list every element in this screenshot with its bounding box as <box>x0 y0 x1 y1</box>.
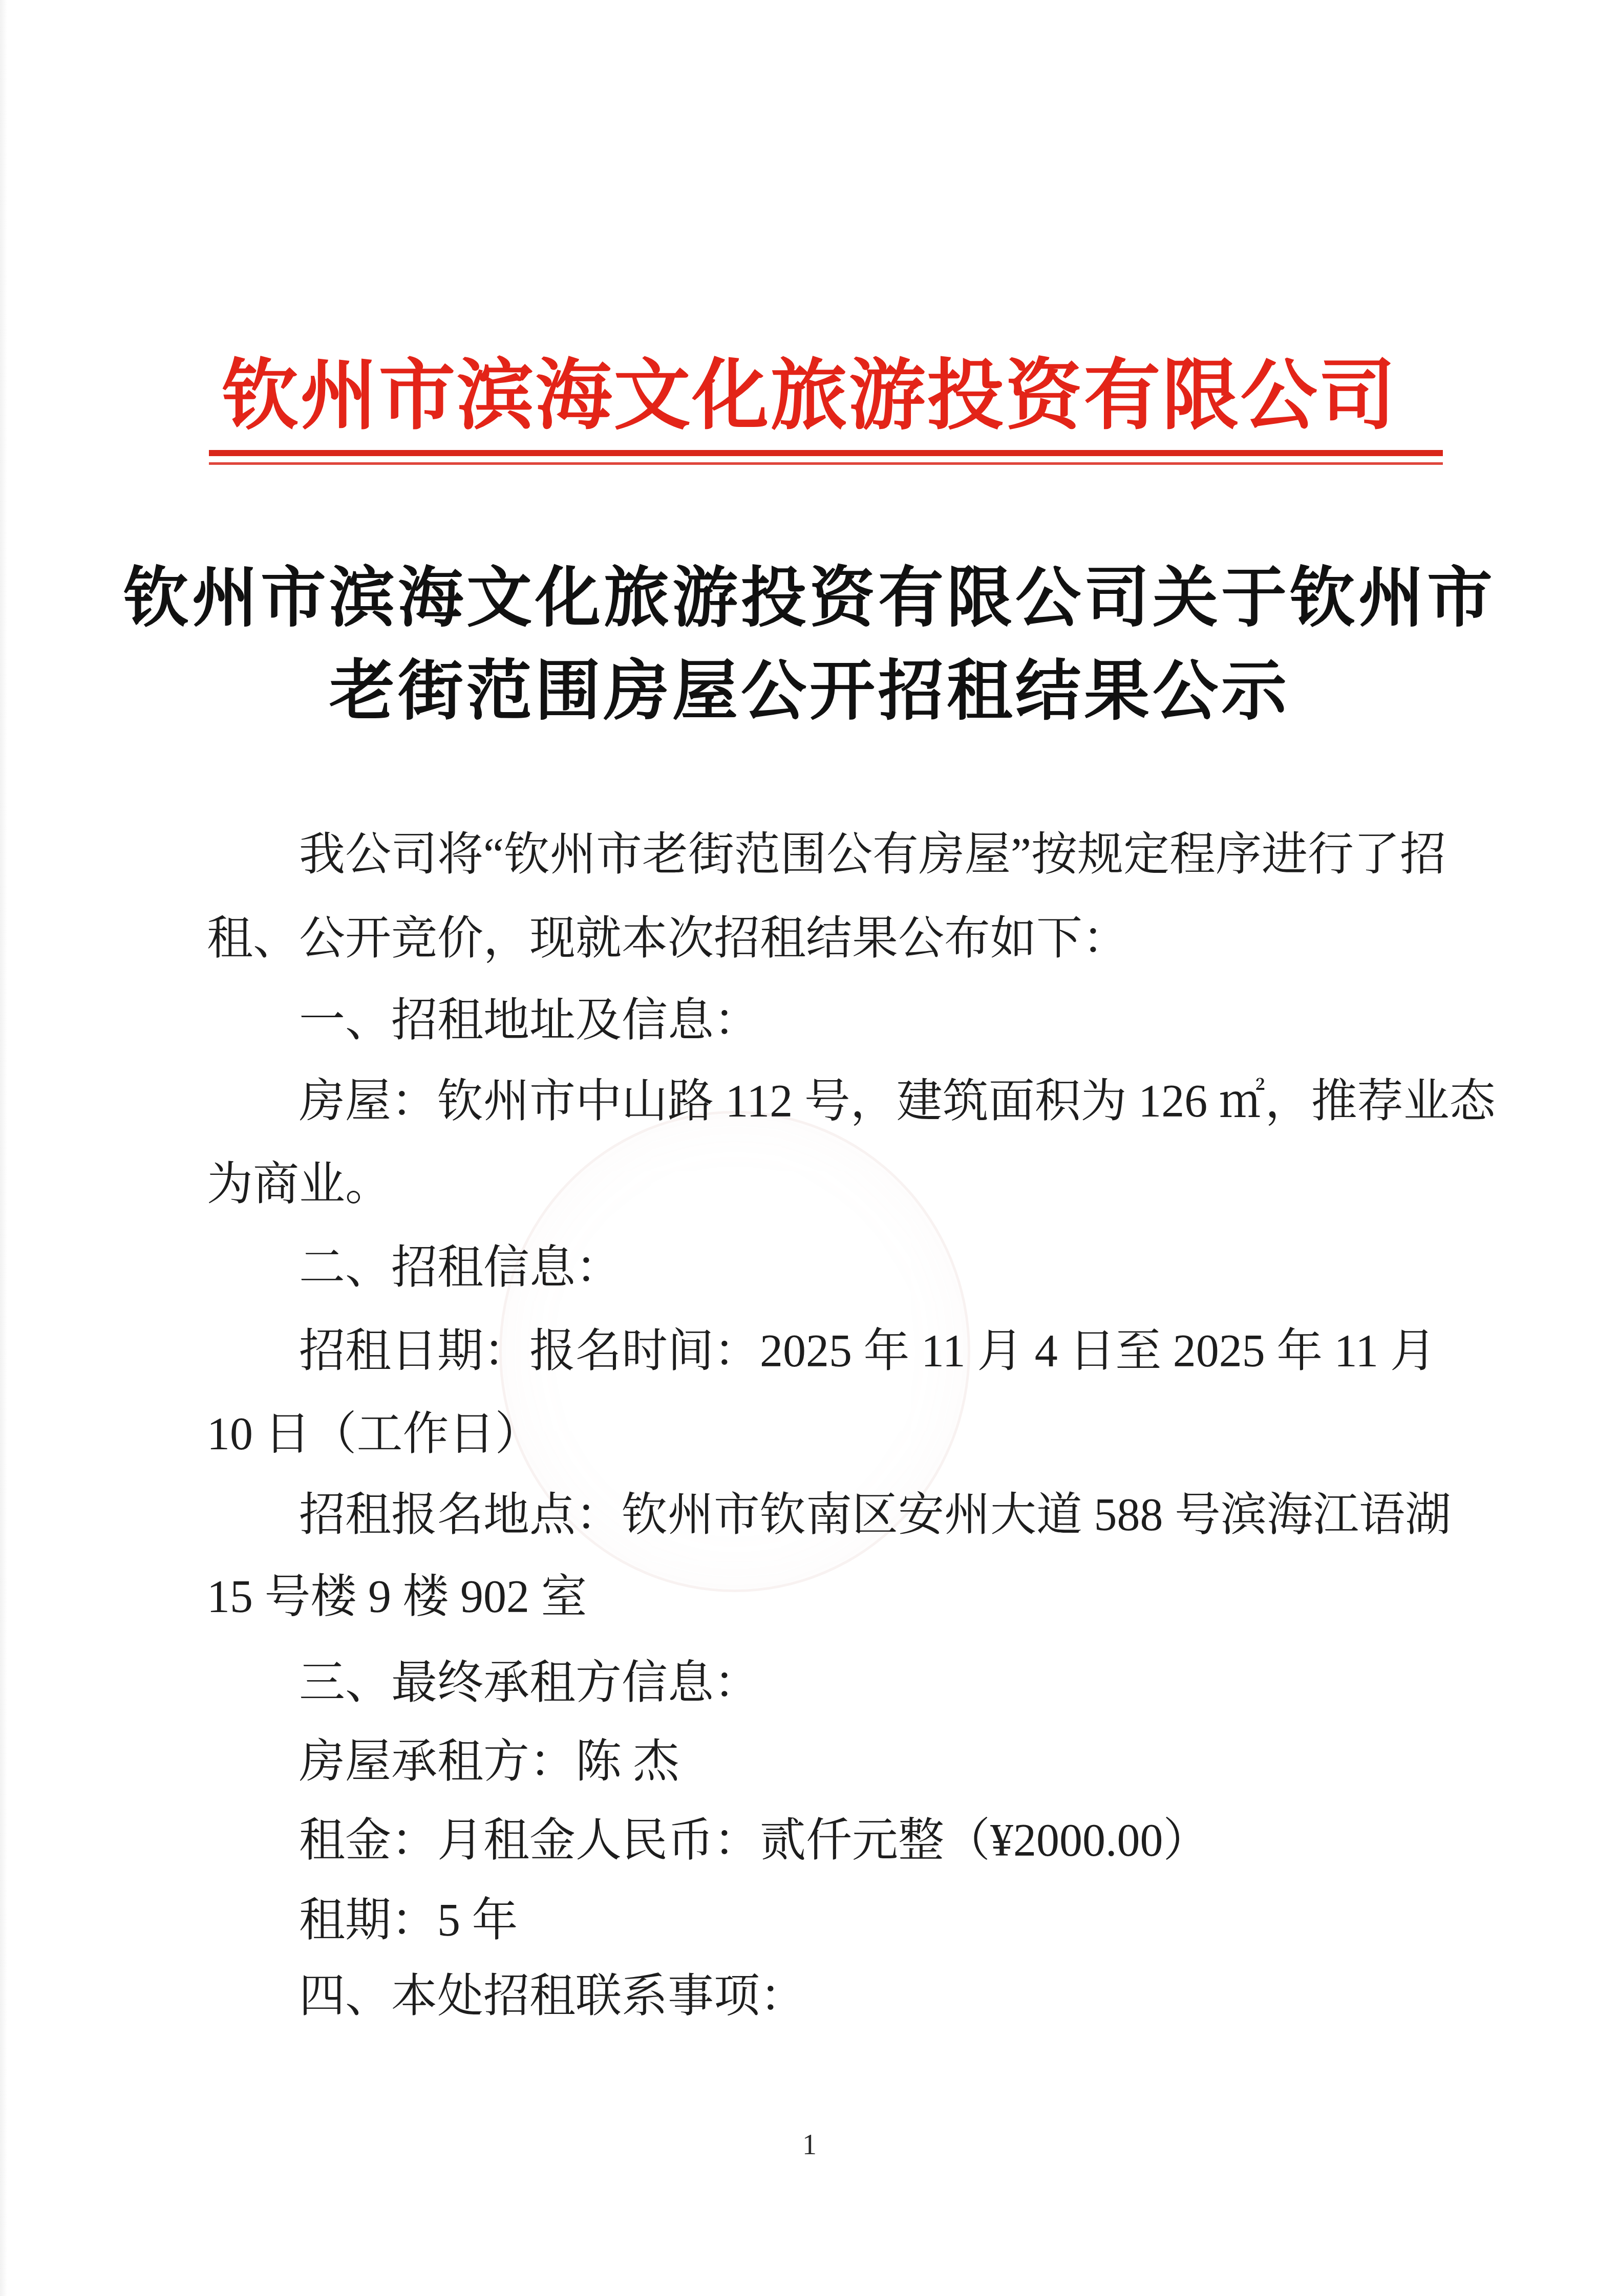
document-title-line2: 老街范围房屋公开招租结果公示 <box>0 645 1619 738</box>
letterhead-company-name: 钦州市滨海文化旅游投资有限公司 <box>0 352 1619 438</box>
body-line: 租期：5 年 <box>207 1894 1538 1947</box>
document-page: 钦州市滨海文化旅游投资有限公司 钦州市滨海文化旅游投资有限公司关于钦州市 老街范… <box>0 0 1619 2296</box>
body-line: 为商业。 <box>207 1158 1446 1211</box>
body-line: 15 号楼 9 楼 902 室 <box>207 1571 1446 1624</box>
page-number: 1 <box>0 2129 1619 2161</box>
letterhead-rule-thin <box>209 462 1443 465</box>
body-line: 我公司将“钦州市老街范围公有房屋”按规定程序进行了招 <box>207 828 1538 882</box>
body-line: 一、招租地址及信息： <box>207 994 1538 1047</box>
body-line: 房屋：钦州市中山路 112 号，建筑面积为 126 ㎡，推荐业态 <box>207 1075 1538 1128</box>
body-line: 二、招租信息： <box>207 1241 1538 1295</box>
body-line: 租金：月租金人民币：贰仟元整（¥2000.00） <box>207 1814 1538 1868</box>
scan-edge-artifact <box>0 0 7 2296</box>
body-line: 房屋承租方：陈 杰 <box>207 1735 1538 1789</box>
document-title-line1: 钦州市滨海文化旅游投资有限公司关于钦州市 <box>0 552 1619 645</box>
body-line: 租、公开竞价，现就本次招租结果公布如下： <box>207 912 1446 965</box>
letterhead-rule-thick <box>209 450 1443 456</box>
body-line: 招租报名地点：钦州市钦南区安州大道 588 号滨海江语湖 <box>207 1489 1538 1542</box>
document-title: 钦州市滨海文化旅游投资有限公司关于钦州市 老街范围房屋公开招租结果公示 <box>0 552 1619 738</box>
body-line: 四、本处招租联系事项： <box>207 1970 1538 2023</box>
body-line: 三、最终承租方信息： <box>207 1657 1538 1710</box>
body-line: 招租日期：报名时间：2025 年 11 月 4 日至 2025 年 11 月 <box>207 1325 1538 1378</box>
body-line: 10 日（工作日） <box>207 1408 1446 1461</box>
